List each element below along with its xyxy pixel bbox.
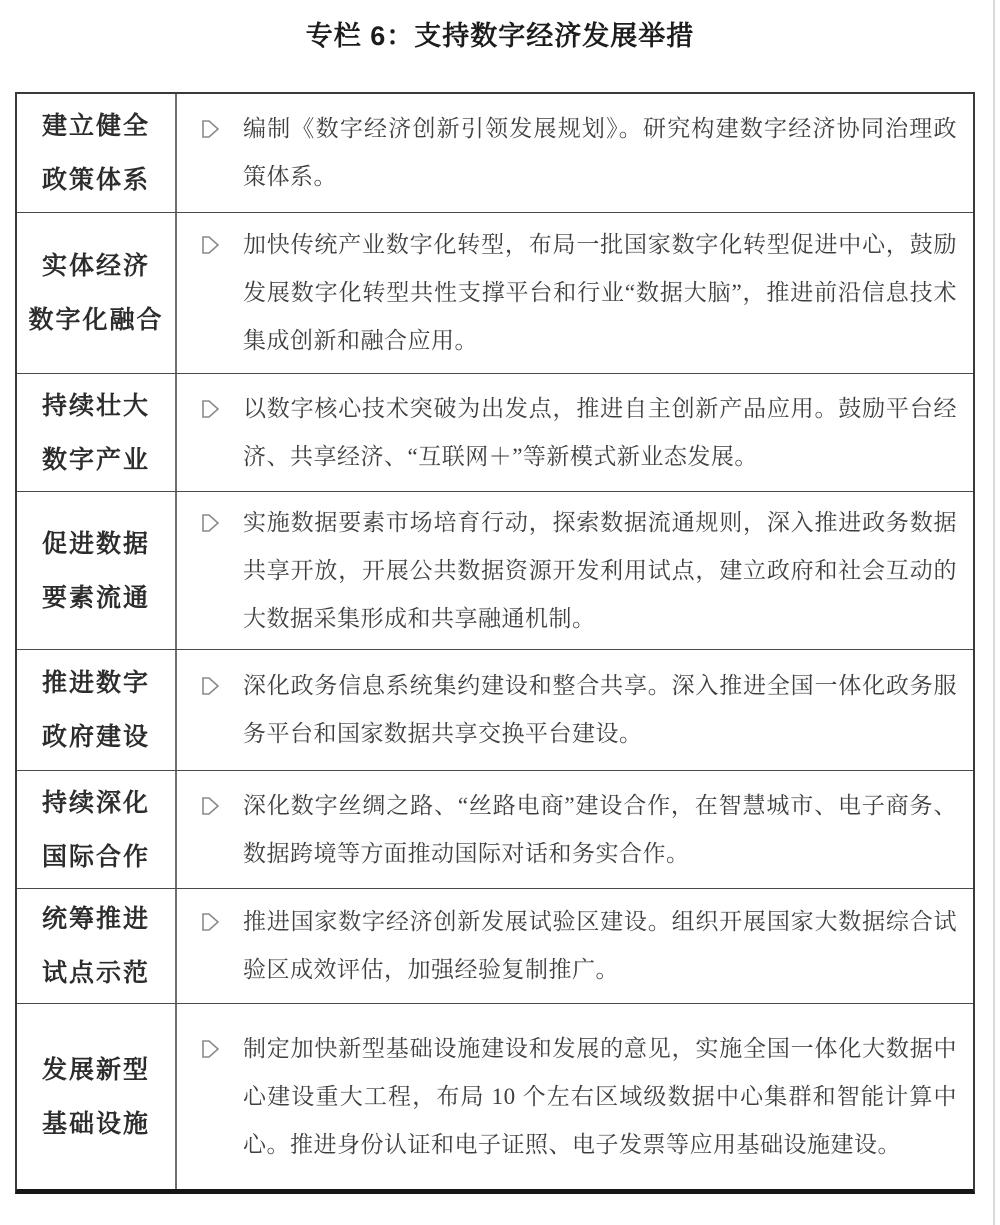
row-label: 促进数据 要素流通 [17, 492, 177, 649]
row-content-cell: 以数字核心技术突破为出发点，推进自主创新产品应用。鼓励平台经济、共享经济、“互联… [177, 374, 973, 491]
row-content-cell: 制定加快新型基础设施建设和发展的意见，实施全国一体化大数据中心建设重大工程，布局… [177, 1004, 973, 1189]
table-row: 持续深化 国际合作 深化数字丝绸之路、“丝路电商”建设合作，在智慧城市、电子商务… [17, 770, 973, 888]
row-content-cell: 加快传统产业数字化转型，布局一批国家数字化转型促进中心，鼓励发展数字化转型共性支… [177, 213, 973, 373]
row-label: 发展新型 基础设施 [17, 1004, 177, 1189]
row-label-line: 要素流通 [42, 571, 150, 625]
row-content: 推进国家数字经济创新发展试验区建设。组织开展国家大数据综合试验区成效评估，加强经… [243, 898, 957, 994]
row-content: 深化数字丝绸之路、“丝路电商”建设合作，在智慧城市、电子商务、数据跨境等方面推动… [243, 782, 957, 878]
arrow-right-outline-icon [199, 675, 221, 697]
row-label-line: 持续壮大 [42, 379, 150, 433]
row-content-cell: 推进国家数字经济创新发展试验区建设。组织开展国家大数据综合试验区成效评估，加强经… [177, 889, 973, 1003]
row-content: 以数字核心技术突破为出发点，推进自主创新产品应用。鼓励平台经济、共享经济、“互联… [243, 385, 957, 481]
row-content: 制定加快新型基础设施建设和发展的意见，实施全国一体化大数据中心建设重大工程，布局… [243, 1025, 957, 1169]
row-label-line: 统筹推进 [42, 892, 150, 946]
row-content-cell: 深化政务信息系统集约建设和整合共享。深入推进全国一体化政务服务平台和国家数据共享… [177, 650, 973, 770]
row-label-line: 推进数字 [42, 656, 150, 710]
row-content-cell: 实施数据要素市场培育行动，探索数据流通规则，深入推进政务数据共享开放，开展公共数… [177, 492, 973, 649]
row-content: 编制《数字经济创新引领发展规划》。研究构建数字经济协同治理政策体系。 [243, 105, 957, 201]
row-label-line: 试点示范 [42, 946, 150, 1000]
row-label-line: 数字产业 [42, 433, 150, 487]
row-label-line: 数字化融合 [28, 293, 163, 347]
row-content: 实施数据要素市场培育行动，探索数据流通规则，深入推进政务数据共享开放，开展公共数… [243, 499, 957, 643]
table-row: 建立健全 政策体系 编制《数字经济创新引领发展规划》。研究构建数字经济协同治理政… [17, 94, 973, 212]
row-label-line: 持续深化 [42, 776, 150, 830]
table-row: 发展新型 基础设施 制定加快新型基础设施建设和发展的意见，实施全国一体化大数据中… [17, 1003, 973, 1189]
arrow-right-outline-icon [199, 398, 221, 420]
row-label-line: 建立健全 [42, 99, 150, 153]
table-row: 实体经济 数字化融合 加快传统产业数字化转型，布局一批国家数字化转型促进中心，鼓… [17, 212, 973, 373]
row-content-cell: 编制《数字经济创新引领发展规划》。研究构建数字经济协同治理政策体系。 [177, 94, 973, 212]
row-label: 持续壮大 数字产业 [17, 374, 177, 491]
row-content: 深化政务信息系统集约建设和整合共享。深入推进全国一体化政务服务平台和国家数据共享… [243, 662, 957, 758]
row-label: 持续深化 国际合作 [17, 771, 177, 888]
row-label-line: 政策体系 [42, 153, 150, 207]
page-title: 专栏 6：支持数字经济发展举措 [0, 0, 1000, 53]
row-label: 建立健全 政策体系 [17, 94, 177, 212]
row-label-line: 促进数据 [42, 517, 150, 571]
row-label: 统筹推进 试点示范 [17, 889, 177, 1003]
row-label: 实体经济 数字化融合 [17, 213, 177, 373]
row-label-line: 实体经济 [42, 239, 150, 293]
row-content-cell: 深化数字丝绸之路、“丝路电商”建设合作，在智慧城市、电子商务、数据跨境等方面推动… [177, 771, 973, 888]
arrow-right-outline-icon [199, 234, 221, 256]
arrow-right-outline-icon [199, 118, 221, 140]
measures-table: 建立健全 政策体系 编制《数字经济创新引领发展规划》。研究构建数字经济协同治理政… [15, 92, 975, 1194]
arrow-right-outline-icon [199, 795, 221, 817]
row-label-line: 发展新型 [42, 1043, 150, 1097]
row-label-line: 国际合作 [42, 830, 150, 884]
arrow-right-outline-icon [199, 1038, 221, 1060]
page-edge-divider [993, 0, 995, 1225]
arrow-right-outline-icon [199, 512, 221, 534]
row-label-line: 基础设施 [42, 1097, 150, 1151]
table-row: 推进数字 政府建设 深化政务信息系统集约建设和整合共享。深入推进全国一体化政务服… [17, 649, 973, 770]
row-label: 推进数字 政府建设 [17, 650, 177, 770]
table-row: 统筹推进 试点示范 推进国家数字经济创新发展试验区建设。组织开展国家大数据综合试… [17, 888, 973, 1003]
table-row: 促进数据 要素流通 实施数据要素市场培育行动，探索数据流通规则，深入推进政务数据… [17, 491, 973, 649]
row-content: 加快传统产业数字化转型，布局一批国家数字化转型促进中心，鼓励发展数字化转型共性支… [243, 221, 957, 365]
row-label-line: 政府建设 [42, 710, 150, 764]
table-row: 持续壮大 数字产业 以数字核心技术突破为出发点，推进自主创新产品应用。鼓励平台经… [17, 373, 973, 491]
arrow-right-outline-icon [199, 911, 221, 933]
